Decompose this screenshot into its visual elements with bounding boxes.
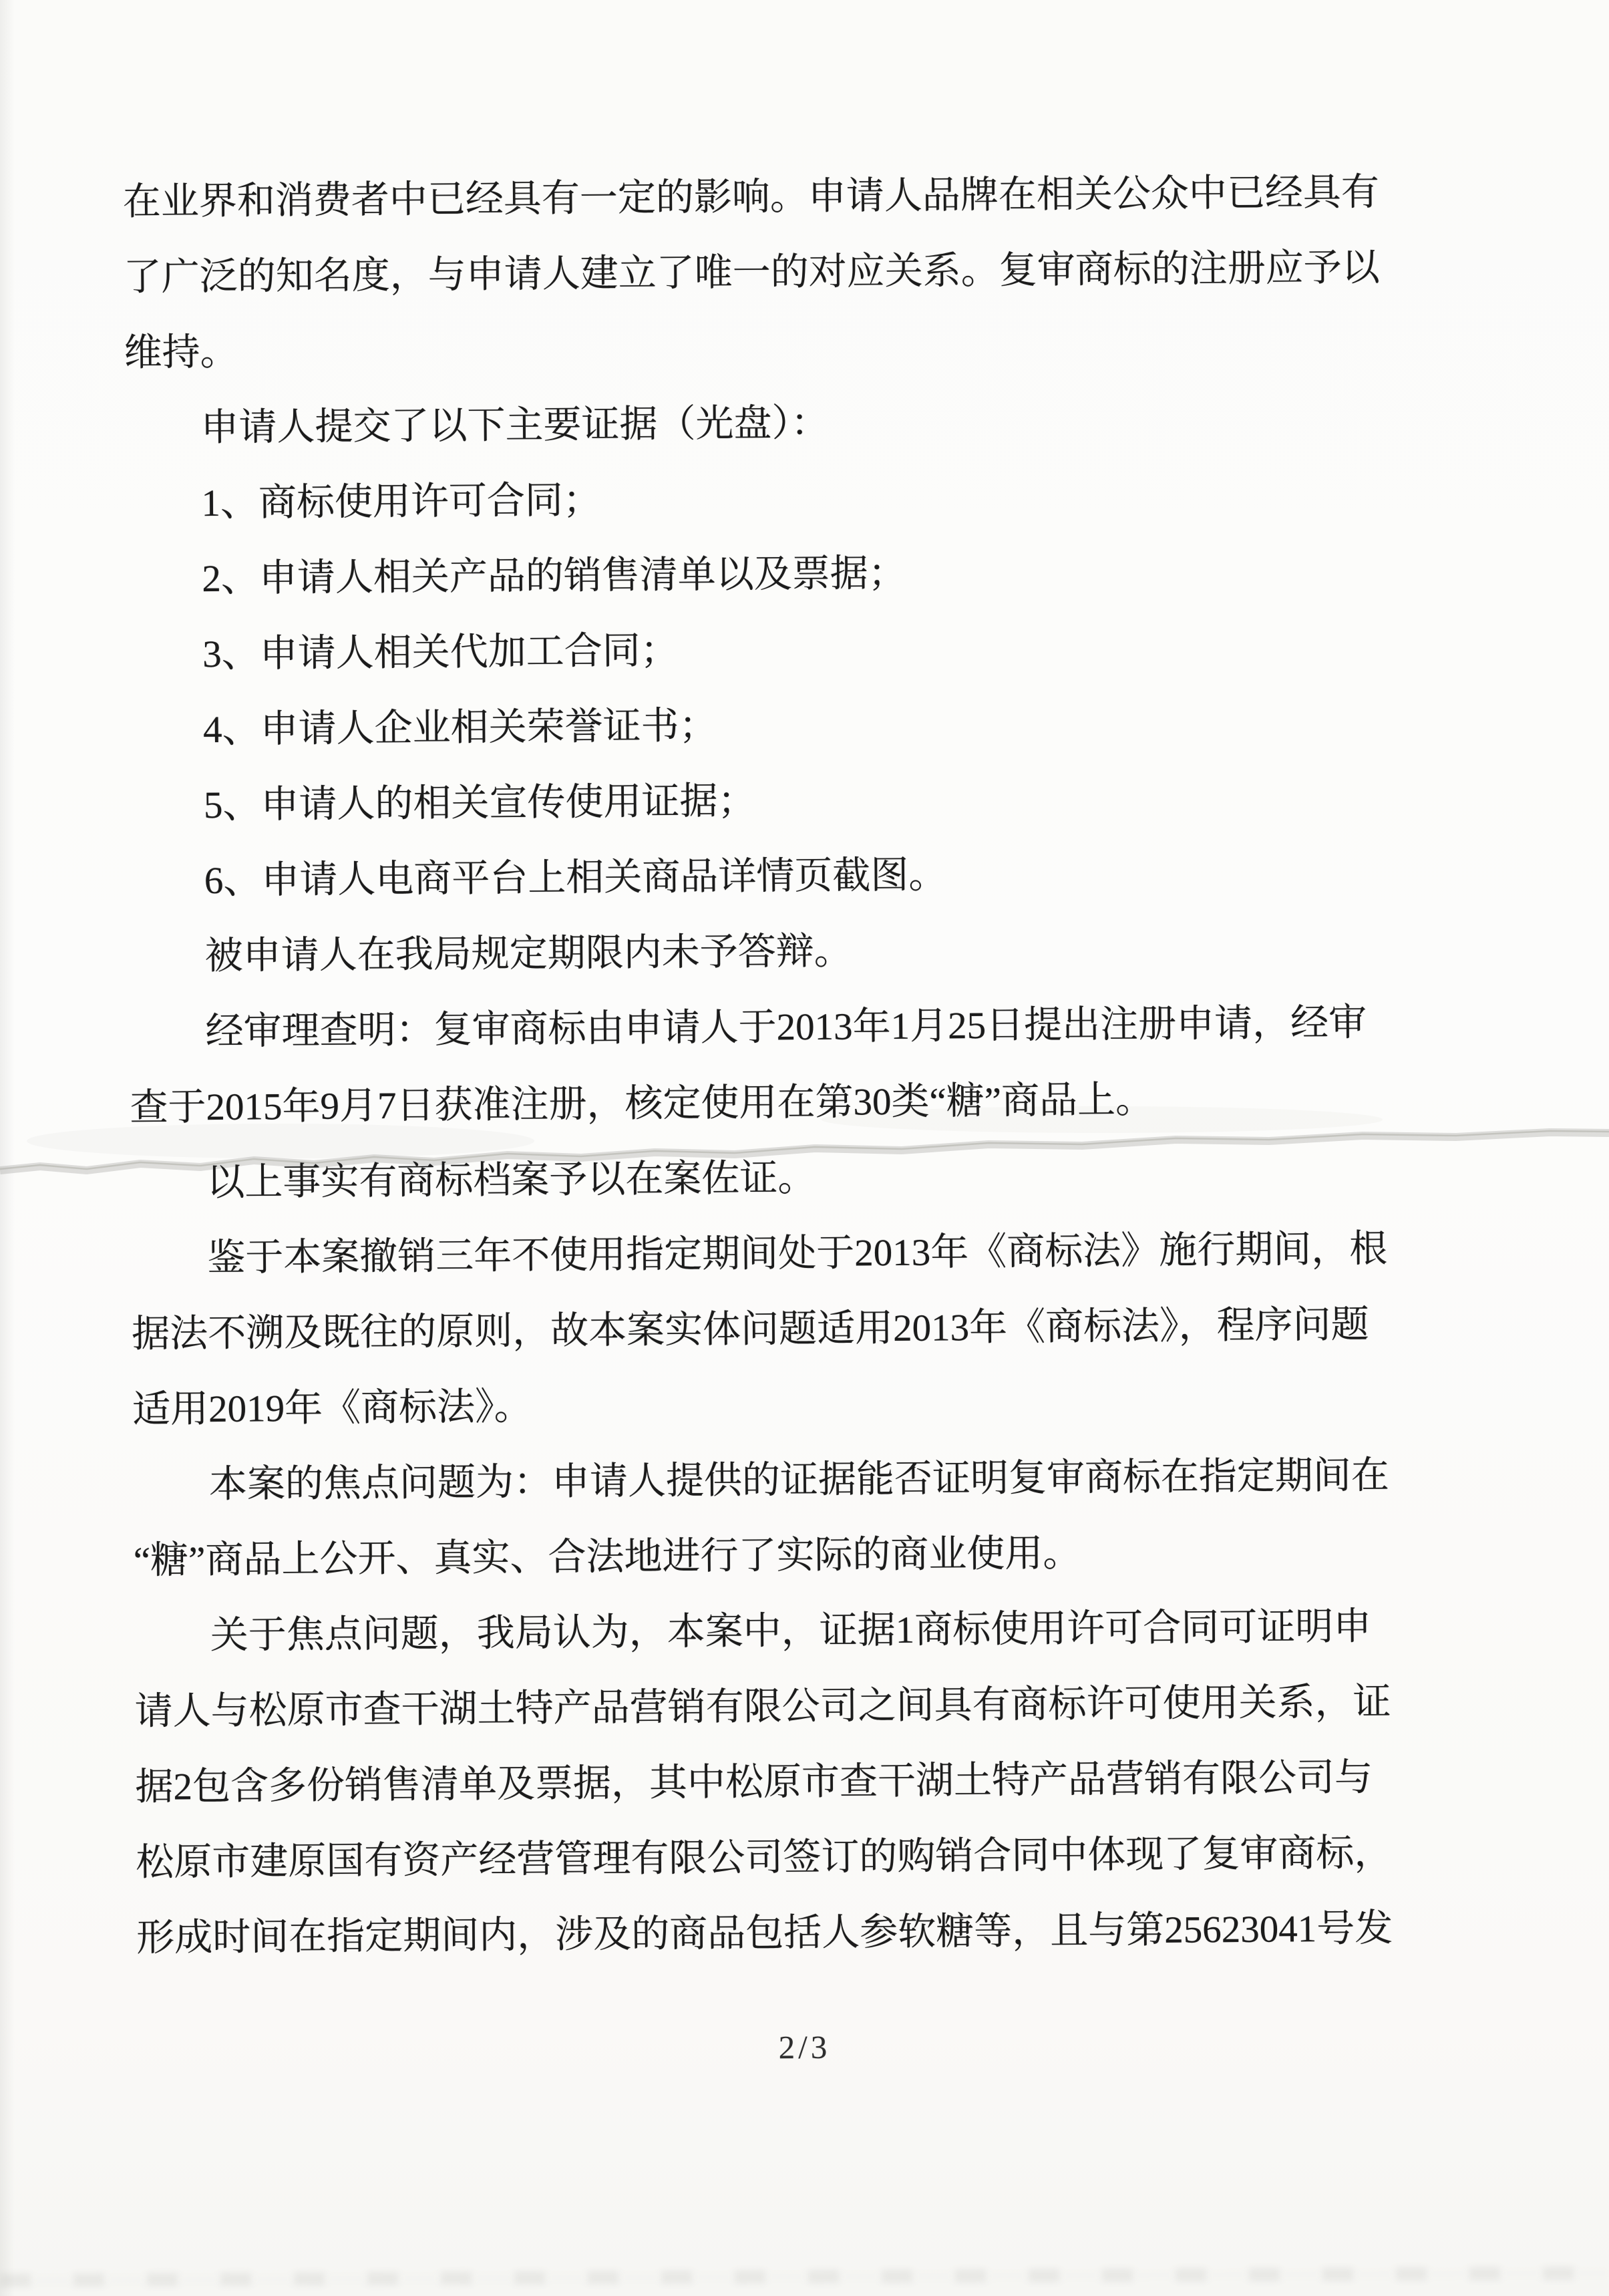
text-line: 1、商标使用许可合同； (125, 456, 1481, 542)
text-line: 申请人提交了以下主要证据（光盘）： (124, 380, 1481, 466)
text-line: 经审理查明：复审商标由申请人于2013年1月25日提出注册申请，经审 (129, 984, 1485, 1070)
text-line: 查于2015年9月7日获准注册，核定使用在第30类“糖”商品上。 (130, 1059, 1486, 1146)
text-line: 5、申请人的相关宣传使用证据； (128, 758, 1484, 844)
text-line: 6、申请人电商平台上相关商品详情页截图。 (128, 833, 1484, 919)
document-text: 在业界和消费者中已经具有一定的影响。申请人品牌在相关公众中已经具有了广泛的知名度… (122, 154, 1492, 1976)
text-line: “糖”商品上公开、真实、合法地进行了实际的商业使用。 (133, 1512, 1489, 1599)
scanned-document-page: 在业界和消费者中已经具有一定的影响。申请人品牌在相关公众中已经具有了广泛的知名度… (0, 0, 1609, 2296)
text-line: 据法不溯及既往的原则，故本案实体问题适用2013年《商标法》，程序问题 (132, 1286, 1488, 1372)
text-line: 据2包含多份销售清单及票据，其中松原市查干湖土特产品营销有限公司与 (135, 1739, 1491, 1825)
text-line: 3、申请人相关代加工合同； (126, 607, 1483, 693)
text-line: 4、申请人企业相关荣誉证书； (127, 682, 1483, 768)
text-line: 鉴于本案撤销三年不使用指定期间处于2013年《商标法》施行期间，根 (131, 1210, 1487, 1297)
text-line: 了广泛的知名度，与申请人建立了唯一的对应关系。复审商标的注册应予以 (123, 229, 1479, 315)
text-line: 在业界和消费者中已经具有一定的影响。申请人品牌在相关公众中已经具有 (122, 154, 1479, 240)
bottom-fold-crease (0, 2267, 1609, 2287)
text-line: 2、申请人相关产品的销售清单以及票据； (126, 531, 1482, 617)
page-number: 2/3 (0, 2023, 1609, 2072)
left-edge-shadow (0, 0, 15, 2296)
text-line: 被申请人在我局规定期限内未予答辩。 (128, 909, 1485, 995)
text-line: 请人与松原市查干湖土特产品营销有限公司之间具有商标许可使用关系，证 (134, 1663, 1491, 1750)
text-line: 松原市建原国有资产经营管理有限公司签订的购销合同中体现了复审商标， (136, 1814, 1492, 1901)
text-line: 维持。 (124, 305, 1480, 391)
text-line: 以上事实有商标档案予以在案佐证。 (130, 1135, 1487, 1221)
text-line: 本案的焦点问题为：申请人提供的证据能否证明复审商标在指定期间在 (133, 1437, 1489, 1523)
text-line: 适用2019年《商标法》。 (132, 1361, 1489, 1448)
text-line: 形成时间在指定期间内，涉及的商品包括人参软糖等，且与第25623041号发 (136, 1890, 1493, 1976)
text-line: 关于焦点问题，我局认为，本案中，证据1商标使用许可合同可证明申 (134, 1588, 1490, 1674)
